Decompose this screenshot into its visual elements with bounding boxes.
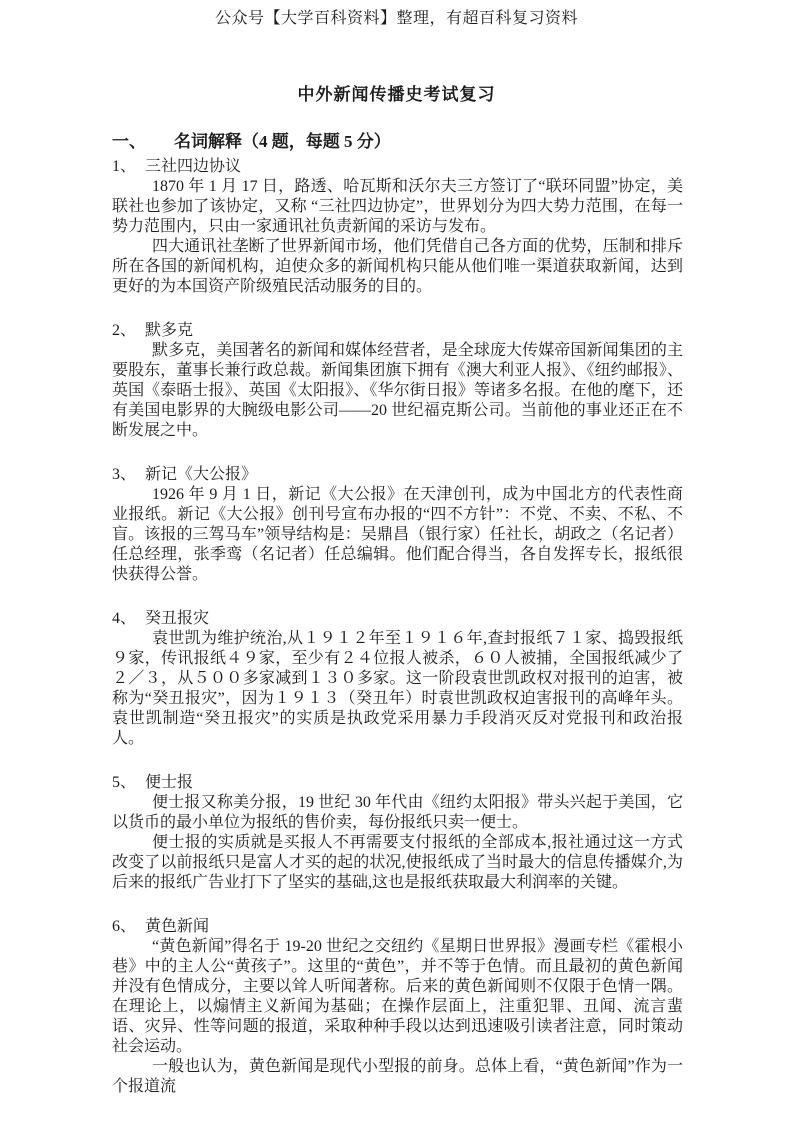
term-item-title: 1、三社四边协议 — [112, 157, 683, 177]
item-term: 黄色新闻 — [145, 918, 209, 935]
item-term: 三社四边协议 — [145, 158, 241, 175]
term-list: 1、三社四边协议 1870 年 1 月 17 日，路透、哈瓦斯和沃尔夫三方签订了… — [112, 157, 683, 1097]
item-number: 6、 — [112, 918, 136, 935]
item-number: 2、 — [112, 322, 136, 339]
item-paragraph: 四大通讯社垄断了世界新闻市场，他们凭借自己各方面的优势，压制和排斥所在各国的新闻… — [112, 237, 683, 297]
term-item-2: 2、默多克 默多克，美国著名的新闻和媒体经营者，是全球庞大传媒帝国新闻集团的主要… — [112, 321, 683, 441]
item-number: 1、 — [112, 158, 136, 175]
item-paragraph: 便士报又称美分报，19 世纪 30 年代由《纽约太阳报》带头兴起于美国，它以货币… — [112, 793, 683, 833]
term-item-title: 3、新记《大公报》 — [112, 465, 683, 485]
document-body: 一、名词解释（4 题，每题 5 分） 1、三社四边协议 1870 年 1 月 1… — [0, 131, 793, 1097]
item-paragraph: 便士报的实质就是买报人不再需要支付报纸的全部成本,报社通过这一方式改变了以前报纸… — [112, 833, 683, 893]
term-item-title: 6、黄色新闻 — [112, 917, 683, 937]
item-paragraph: 1926 年 9 月 1 日，新记《大公报》在天津创刊，成为中国北方的代表性商业… — [112, 485, 683, 585]
term-item-3: 3、新记《大公报》 1926 年 9 月 1 日，新记《大公报》在天津创刊，成为… — [112, 465, 683, 585]
term-item-title: 4、癸丑报灾 — [112, 609, 683, 629]
term-item-5: 5、便士报 便士报又称美分报，19 世纪 30 年代由《纽约太阳报》带头兴起于美… — [112, 773, 683, 893]
item-paragraph: 1870 年 1 月 17 日，路透、哈瓦斯和沃尔夫三方签订了“联环同盟”协定，… — [112, 177, 683, 237]
item-paragraph: 袁世凯为维护统治,从１９１２年至１９１６年,查封报纸７１家、捣毁报纸９家，传讯报… — [112, 629, 683, 749]
section-heading-numeral: 一、 — [112, 132, 146, 151]
term-item-6: 6、黄色新闻 “黄色新闻”得名于 19-20 世纪之交纽约《星期日世界报》漫画专… — [112, 917, 683, 1097]
item-term: 默多克 — [145, 322, 193, 339]
item-paragraph: “黄色新闻”得名于 19-20 世纪之交纽约《星期日世界报》漫画专栏《霍根小巷》… — [112, 937, 683, 1057]
item-number: 4、 — [112, 610, 136, 627]
term-item-4: 4、癸丑报灾 袁世凯为维护统治,从１９１２年至１９１６年,查封报纸７１家、捣毁报… — [112, 609, 683, 749]
section-heading: 一、名词解释（4 题，每题 5 分） — [112, 131, 683, 153]
item-paragraph: 一般也认为，黄色新闻是现代小型报的前身。总体上看，“黄色新闻”作为一个报道流 — [112, 1057, 683, 1097]
term-item-title: 2、默多克 — [112, 321, 683, 341]
section-heading-text: 名词解释（4 题，每题 5 分） — [174, 132, 391, 151]
item-term: 便士报 — [145, 774, 193, 791]
term-item-1: 1、三社四边协议 1870 年 1 月 17 日，路透、哈瓦斯和沃尔夫三方签订了… — [112, 157, 683, 297]
term-item-title: 5、便士报 — [112, 773, 683, 793]
item-term: 新记《大公报》 — [145, 466, 257, 483]
watermark-header: 公众号【大学百科资料】整理，有超百科复习资料 — [0, 0, 793, 29]
item-number: 5、 — [112, 774, 136, 791]
item-term: 癸丑报灾 — [145, 610, 209, 627]
document-title: 中外新闻传播史考试复习 — [0, 84, 793, 106]
item-paragraph: 默多克，美国著名的新闻和媒体经营者，是全球庞大传媒帝国新闻集团的主要股东，董事长… — [112, 341, 683, 441]
document-page: 公众号【大学百科资料】整理，有超百科复习资料 中外新闻传播史考试复习 一、名词解… — [0, 0, 793, 1122]
item-number: 3、 — [112, 466, 136, 483]
